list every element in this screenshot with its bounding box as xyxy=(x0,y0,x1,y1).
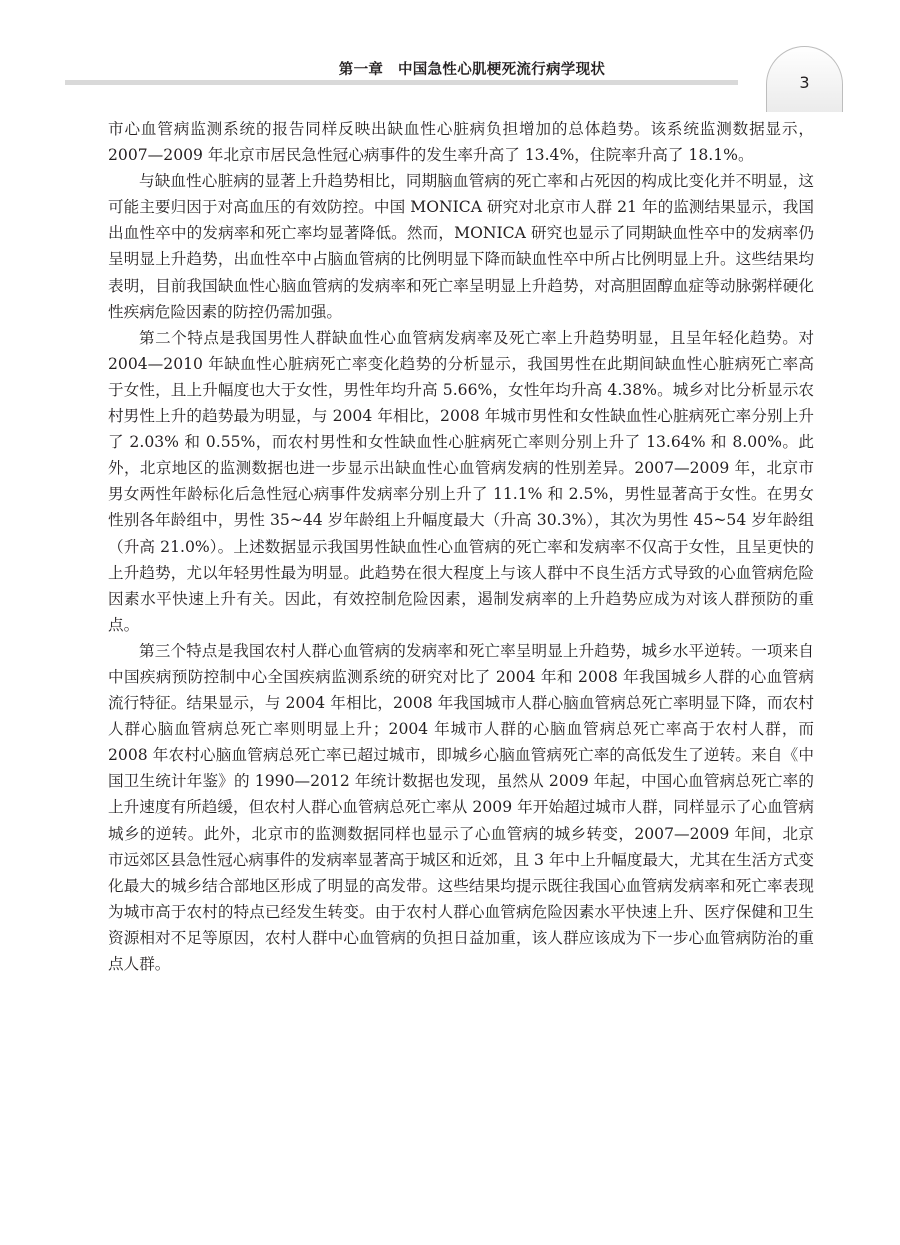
paragraph-4: 第三个特点是我国农村人群心血管病的发病率和死亡率呈明显上升趋势，城乡水平逆转。一… xyxy=(108,638,814,977)
page-number-tab: 3 xyxy=(766,46,843,112)
header-divider xyxy=(65,80,738,85)
paragraph-1: 市心血管病监测系统的报告同样反映出缺血性心脏病负担增加的总体趋势。该系统监测数据… xyxy=(108,116,814,168)
body-text: 市心血管病监测系统的报告同样反映出缺血性心脏病负担增加的总体趋势。该系统监测数据… xyxy=(108,116,814,977)
page-header: 第一章 中国急性心肌梗死流行病学现状 3 xyxy=(0,0,900,100)
chapter-title: 第一章 中国急性心肌梗死流行病学现状 xyxy=(262,58,682,79)
paragraph-2: 与缺血性心脏病的显著上升趋势相比，同期脑血管病的死亡率和占死因的构成比变化并不明… xyxy=(108,168,814,325)
paragraph-3: 第二个特点是我国男性人群缺血性心血管病发病率及死亡率上升趋势明显，且呈年轻化趋势… xyxy=(108,325,814,638)
page-number: 3 xyxy=(767,73,842,92)
